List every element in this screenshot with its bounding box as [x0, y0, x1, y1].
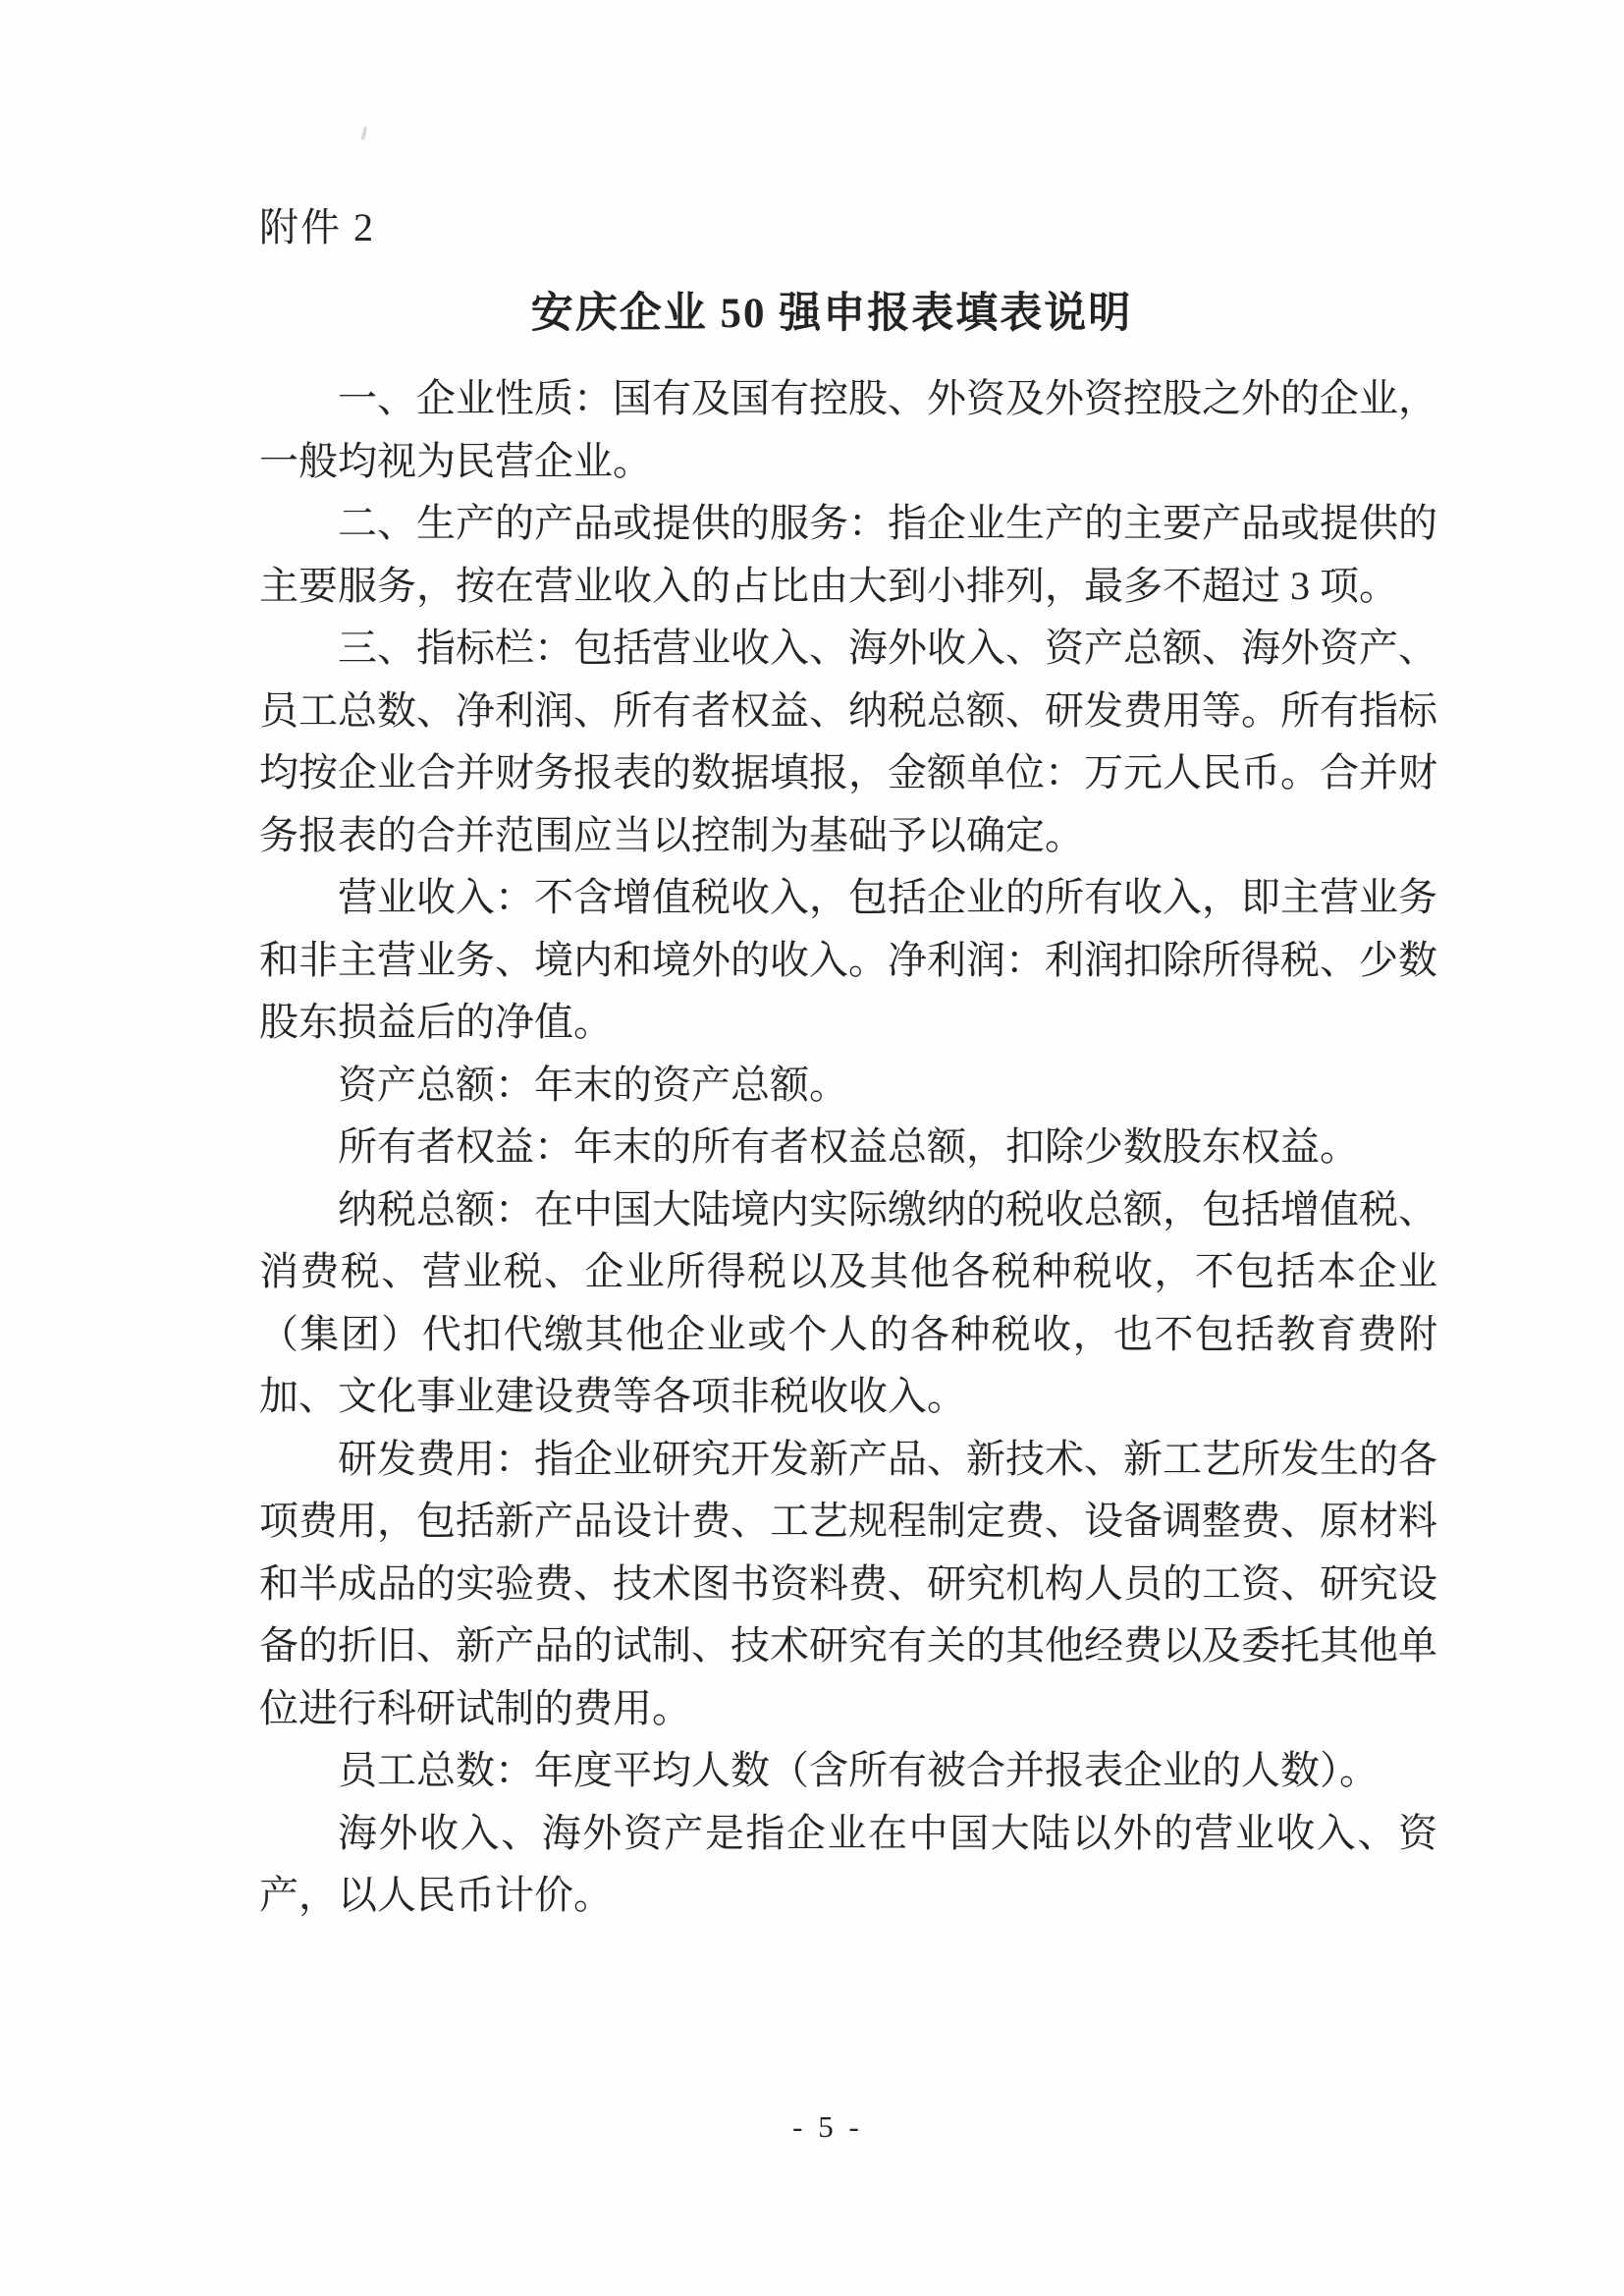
paragraph: 资产总额：年末的资产总额。: [259, 1054, 1437, 1117]
document-title: 安庆企业 50 强申报表填表说明: [39, 287, 1624, 342]
paragraph: 三、指标栏：包括营业收入、海外收入、资产总额、海外资产、员工总数、净利润、所有者…: [259, 617, 1437, 866]
scan-artifact-mark: [360, 126, 368, 141]
paragraph: 二、生产的产品或提供的服务：指企业生产的主要产品或提供的主要服务，按在营业收入的…: [259, 492, 1437, 617]
paragraph: 所有者权益：年末的所有者权益总额，扣除少数股东权益。: [259, 1116, 1437, 1178]
paragraph: 一、企业性质：国有及国有控股、外资及外资控股之外的企业，一般均视为民营企业。: [259, 367, 1437, 492]
paragraph: 营业收入：不含增值税收入，包括企业的所有收入，即主营业务和非主营业务、境内和境外…: [259, 866, 1437, 1054]
paragraph: 海外收入、海外资产是指企业在中国大陆以外的营业收入、资产，以人民币计价。: [259, 1802, 1437, 1927]
document-page: 附件 2 安庆企业 50 强申报表填表说明 一、企业性质：国有及国有控股、外资及…: [0, 0, 1624, 2296]
attachment-label: 附件 2: [259, 202, 375, 253]
paragraph: 研发费用：指企业研究开发新产品、新技术、新工艺所发生的各项费用，包括新产品设计费…: [259, 1428, 1437, 1740]
page-number: - 5 -: [31, 2107, 1624, 2147]
document-body: 一、企业性质：国有及国有控股、外资及外资控股之外的企业，一般均视为民营企业。二、…: [259, 367, 1437, 1927]
paragraph: 员工总数：年度平均人数（含所有被合并报表企业的人数）。: [259, 1739, 1437, 1802]
paragraph: 纳税总额：在中国大陆境内实际缴纳的税收总额，包括增值税、消费税、营业税、企业所得…: [259, 1178, 1437, 1428]
